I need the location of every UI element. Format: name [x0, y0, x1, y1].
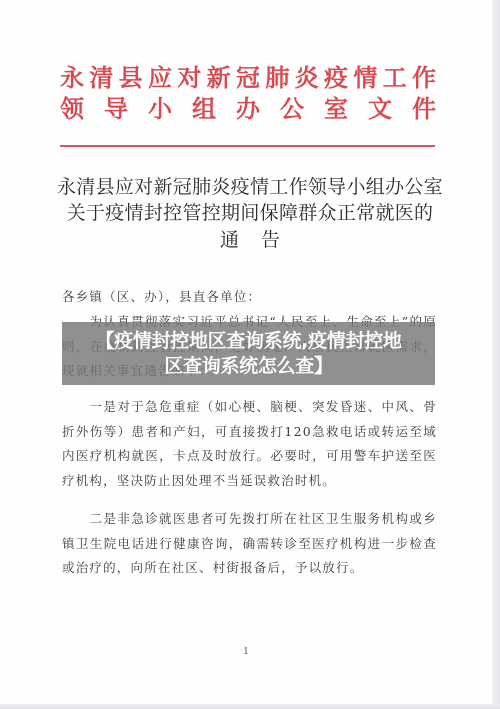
- banner-line-2: 区查询系统怎么查】: [164, 354, 332, 379]
- overlay-title-banner: 【疫情封控地区查询系统,疫情封控地 区查询系统怎么查】: [62, 322, 435, 385]
- page-bottom-edge: [0, 704, 500, 709]
- paragraph-two: 二是非急诊就医患者可先拨打所在社区卫生服务机构或乡镇卫生院电话进行健康咨询，确需…: [62, 507, 437, 581]
- red-divider-rule: [60, 145, 435, 147]
- document-page: 永清县应对新冠肺炎疫情工作 领导小组办公室文件 永清县应对新冠肺炎疫情工作领导小…: [0, 0, 492, 704]
- banner-line-1: 【疫情封控地区查询系统,疫情封控地: [95, 329, 401, 354]
- paragraph-one: 一是对于急危重症（如心梗、脑梗、突发昏迷、中风、骨折外伤等）患者和产妇，可直接拨…: [62, 395, 437, 493]
- red-header-line-1: 永清县应对新冠肺炎疫情工作: [60, 63, 436, 93]
- salutation: 各乡镇（区、办），县直各单位：: [62, 285, 437, 310]
- notice-title-line-3: 通告: [40, 228, 460, 252]
- notice-title-line-1: 永清县应对新冠肺炎疫情工作领导小组办公室: [40, 175, 460, 199]
- page-number: 1: [0, 647, 492, 657]
- notice-title-line-2: 关于疫情封控管控期间保障群众正常就医的: [40, 201, 460, 225]
- red-header-line-2: 领导小组办公室文件: [60, 94, 436, 124]
- page-right-edge: [492, 0, 500, 709]
